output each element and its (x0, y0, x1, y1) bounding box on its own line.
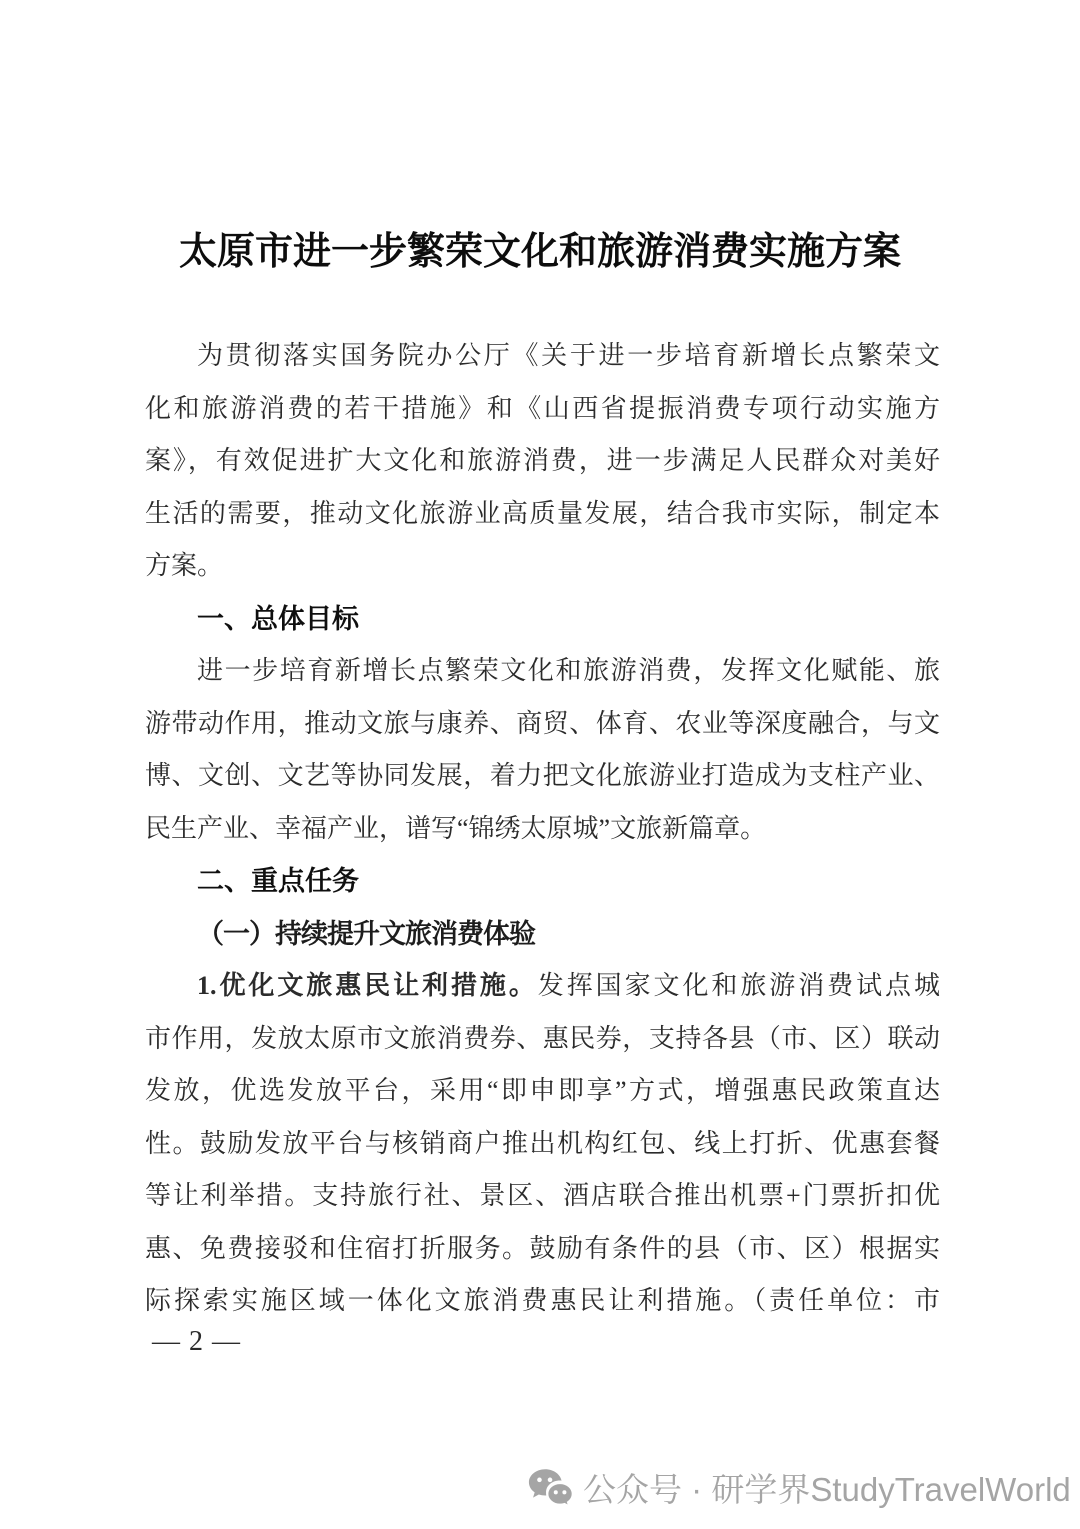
text-line: 民生产业、幸福产业，谱写“锦绣太原城”文旅新篇章。 (145, 803, 940, 856)
section-heading: 一、总体目标 (145, 593, 940, 646)
text-line: 博、文创、文艺等协同发展，着力把文化旅游业打造成为支柱产业、 (145, 750, 940, 803)
text-line: 进一步培育新增长点繁荣文化和旅游消费，发挥文化赋能、旅 (145, 645, 940, 698)
document-page: { "page": { "background": "#ffffff", "nu… (0, 0, 1080, 1529)
footer-watermark: 公众号 · 研学界StudyTravelWorld (527, 1464, 1071, 1511)
numbered-item-lead: 1.优化文旅惠民让利措施。 (197, 971, 538, 1000)
document-title: 太原市进一步繁荣文化和旅游消费实施方案 (0, 220, 1080, 275)
document-body: 为贯彻落实国务院办公厅《关于进一步培育新增长点繁荣文化和旅游消费的若干措施》和《… (145, 330, 940, 1328)
watermark-text: 公众号 · 研学界StudyTravelWorld (583, 1464, 1071, 1511)
page-number: — 2 — (152, 1326, 241, 1358)
text-line: 市作用，发放太原市文旅消费券、惠民券，支持各县（市、区）联动 (145, 1013, 940, 1066)
text-line: 际探索实施区域一体化文旅消费惠民让利措施。（责任单位：市 (145, 1275, 940, 1328)
text-line: 游带动作用，推动文旅与康养、商贸、体育、农业等深度融合，与文 (145, 698, 940, 751)
body-text: 发挥国家文化和旅游消费试点城 (538, 971, 940, 1000)
text-line: 1.优化文旅惠民让利措施。发挥国家文化和旅游消费试点城 (145, 960, 940, 1013)
text-line: 性。鼓励发放平台与核销商户推出机构红包、线上打折、优惠套餐 (145, 1118, 940, 1171)
text-line: 惠、免费接驳和住宿打折服务。鼓励有条件的县（市、区）根据实 (145, 1223, 940, 1276)
text-line: 等让利举措。支持旅行社、景区、酒店联合推出机票+门票折扣优 (145, 1170, 940, 1223)
text-line: 生活的需要，推动文化旅游业高质量发展，结合我市实际，制定本 (145, 488, 940, 541)
wechat-icon (527, 1468, 574, 1508)
section-heading: 二、重点任务 (145, 855, 940, 908)
text-line: 化和旅游消费的若干措施》和《山西省提振消费专项行动实施方 (145, 383, 940, 436)
subsection-heading: （一）持续提升文旅消费体验 (145, 908, 940, 961)
text-line: 方案。 (145, 540, 940, 593)
text-line: 为贯彻落实国务院办公厅《关于进一步培育新增长点繁荣文 (145, 330, 940, 383)
text-line: 案》，有效促进扩大文化和旅游消费，进一步满足人民群众对美好 (145, 435, 940, 488)
text-line: 发放，优选发放平台，采用“即申即享”方式，增强惠民政策直达 (145, 1065, 940, 1118)
